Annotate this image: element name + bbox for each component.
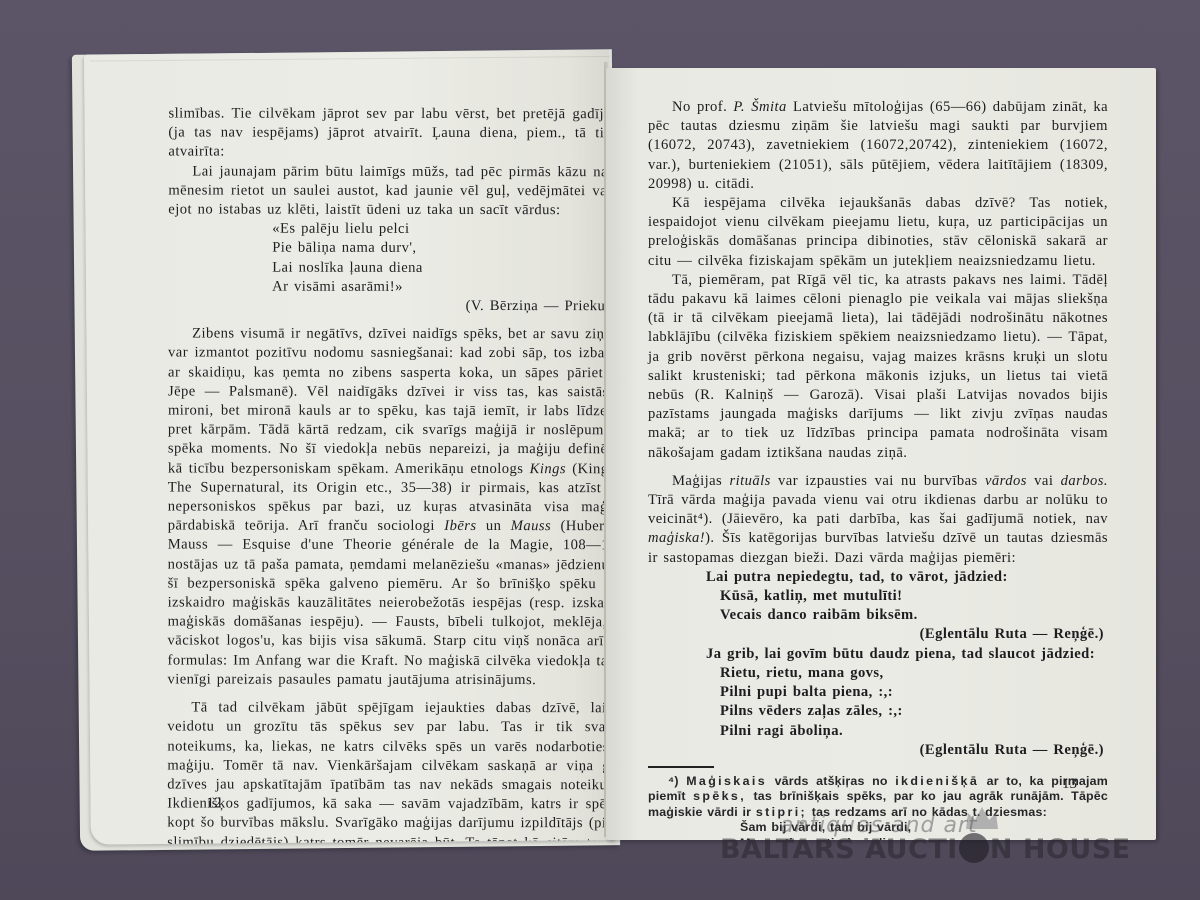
footnote: ⁴) Maģiskais vārds atšķiŗas no ikdienišķ…	[648, 774, 1108, 840]
footnote-divider	[648, 766, 714, 768]
verse-line: Pilni pupi balta piena, :,:	[720, 683, 1108, 702]
open-booklet: slimības. Tie cilvēkam jāprot sev par la…	[0, 0, 1200, 900]
italic-name-mauss: Mauss	[511, 518, 551, 534]
footnote-marker: ⁴)	[668, 774, 679, 788]
paragraph-intro: slimības. Tie cilvēkam jāprot sev par la…	[168, 104, 616, 162]
italic-word: maģiska!	[648, 530, 705, 546]
verse-line: Kūsā, katliņ, met mutulīti!	[720, 587, 1108, 606]
text-run: var izpausties vai nu burvības	[778, 473, 978, 489]
page-number-right: 13	[1062, 776, 1077, 793]
folk-verse: «Es palēju lielu pelci Pie bāliņa nama d…	[168, 220, 616, 298]
footnote-verse: Šam bij vārdi, tam bij vārdi, Man paties…	[648, 820, 1108, 840]
italic-word: darbos.	[1061, 473, 1108, 489]
text-run: un	[486, 518, 502, 534]
verse-line: Rietu, rietu, mana govs,	[720, 664, 1108, 683]
verse-line: Pie bāliņa nama durv',	[272, 239, 616, 259]
verse-line: Lai noslīka ļauna diena	[272, 258, 616, 278]
footnote-text: ⁴) Maģiskais vārds atšķiŗas no ikdienišķ…	[648, 774, 1108, 820]
italic-word: vārdos	[985, 473, 1027, 489]
text-run: (Hubert et Mauss — Esquise d'une Theorie…	[167, 518, 615, 688]
verse-line: Man patiesu stipri vārdi:	[740, 836, 1108, 840]
left-page: slimības. Tie cilvēkam jāprot sev par la…	[84, 50, 616, 845]
paragraph-horseshoe: Tā, piemēram, pat Rīgā vēl tic, ka atras…	[648, 271, 1108, 463]
italic-name-ibers: Ibērs	[444, 518, 476, 534]
page-number-left: 12	[207, 795, 222, 812]
paragraph-smits: No prof. P. Šmita Latviešu mītoloģijas (…	[648, 98, 1108, 194]
italic-word: rituāls	[729, 473, 770, 489]
example1-attribution: (Eglentālu Ruta — Reņģē.)	[648, 625, 1108, 644]
example2-attribution: (Eglentālu Ruta — Reņģē.)	[648, 741, 1108, 760]
spaced-word: Maģiskais	[686, 774, 767, 788]
italic-name-kings: Kings	[530, 461, 566, 477]
right-page: No prof. P. Šmita Latviešu mītoloģijas (…	[606, 68, 1156, 840]
example1-verse: Kūsā, katliņ, met mutulīti! Vecais danco…	[648, 587, 1108, 625]
right-page-text: No prof. P. Šmita Latviešu mītoloģijas (…	[648, 98, 1108, 840]
example2-intro: Ja grib, lai govīm būtu daudz piena, tad…	[648, 645, 1108, 664]
text-run: No prof.	[672, 99, 727, 115]
verse-attribution: (V. Bērziņa — Priekulē.)	[168, 296, 616, 316]
text-run: Maģijas	[672, 473, 722, 489]
verse-line: «Es palēju lielu pelci	[272, 220, 616, 240]
example2-verse: Rietu, rietu, mana govs, Pilni pupi balt…	[648, 664, 1108, 741]
paragraph-lightning: Zibens visumā ir negātīvs, dzīvei naidīg…	[167, 325, 615, 691]
verse-line: Ar visāmi asarāmi!»	[272, 277, 616, 297]
verse-line: Pilns vēders zaļas zāles, :,:	[720, 702, 1108, 721]
left-page-text: slimības. Tie cilvēkam jāprot sev par la…	[167, 104, 616, 844]
verse-line: Šam bij vārdi, tam bij vārdi,	[740, 820, 1108, 835]
verse-line: Pilni ragi āboliņa.	[720, 722, 1108, 741]
text-run: vai	[1034, 473, 1053, 489]
paragraph-conclusion: Tā tad cilvēkam jābūt spējīgam iejauktie…	[167, 699, 616, 845]
text-run: tas redzams arī no kādas t. dziesmas:	[812, 805, 1047, 819]
paragraph-wedding-ritual: Lai jaunajam pārim būtu laimīgs mūžs, ta…	[168, 162, 616, 220]
spaced-word: stipri;	[756, 805, 807, 819]
italic-author: P. Šmita	[733, 99, 786, 115]
spaced-word: spēks,	[693, 789, 746, 803]
text-run: ). Šīs katēgorijas burvības latviešu dzī…	[648, 530, 1108, 565]
verse-line: Vecais danco raibām biksēm.	[720, 606, 1108, 625]
paragraph-intervention: Kā iespējama cilvēka iejaukšanās dabas d…	[648, 194, 1108, 271]
example1-intro: Lai putra nepiedegtu, tad, to vārot, jād…	[648, 568, 1108, 587]
text-run: Zibens visumā ir negātīvs, dzīvei naidīg…	[168, 326, 616, 477]
text-run: Tīrā vārda maģija pavada vienu vai otru …	[648, 492, 1108, 527]
spaced-word: ikdienišķā	[895, 774, 979, 788]
paragraph-ritual: Maģijas rituāls var izpausties vai nu bu…	[648, 472, 1108, 568]
text-run: vārds atšķiŗas no	[775, 774, 888, 788]
